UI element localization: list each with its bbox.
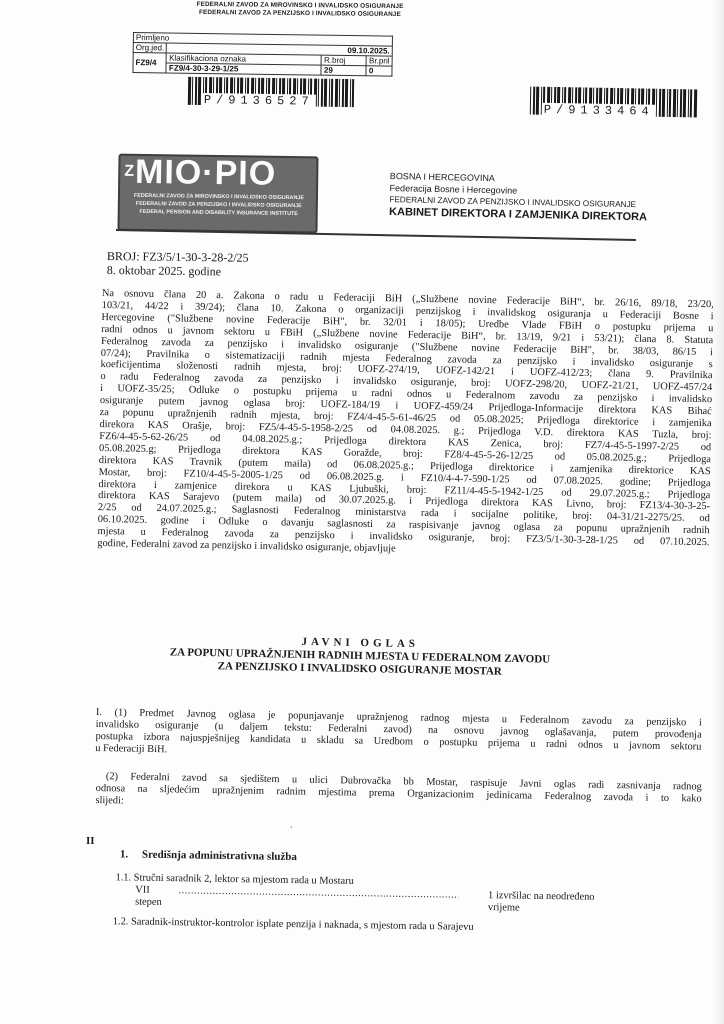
logo-prefix: Z: [124, 163, 135, 180]
positions-list: 1.Središnja administrativna služba 1.1. …: [99, 848, 620, 936]
stamp-serial: 29: [321, 65, 366, 76]
part-ii-marker: II: [86, 835, 95, 847]
legal-basis-paragraph: Na osnovu člana 20 a. Zakona o radu u Fe…: [97, 288, 714, 561]
scan-edge-shadow: [712, 0, 724, 1024]
logo-subtitle: FEDERALNI ZAVOD ZA MIROVINSKO I INVALIDS…: [126, 192, 312, 219]
receipt-stamp-table: Primljeno Org.jed. 09.10.2025. FZ9/4 Kla…: [132, 32, 392, 77]
institution-logo: ZMIO·PIO FEDERALNI ZAVOD ZA MIROVINSKO I…: [117, 154, 318, 234]
stamp-org-unit: FZ9/4: [133, 53, 167, 73]
stamp-attachments: 0: [366, 66, 392, 76]
position-degree: VII stepen: [135, 885, 176, 910]
barcode-number: P/9136527: [202, 93, 316, 109]
stamp-org-unit-label: Org.jed.: [133, 43, 167, 53]
unit-number: 1.: [120, 848, 142, 860]
unit-name: Središnja administrativna služba: [142, 849, 297, 863]
barcode: P/9136527: [188, 77, 356, 107]
barcode-number: P/9133464: [542, 103, 656, 119]
barcode: P/9133464: [530, 87, 698, 118]
stamp-serial-label: R.broj: [322, 55, 367, 66]
logo-wordmark: MIO·PIO: [135, 153, 277, 193]
reference-date: 8. oktobar 2025. godine: [107, 263, 249, 279]
position-title: 1.2. Saradnik-instruktor-kontrolor ispla…: [113, 916, 619, 936]
position-quantity: 1 izvršilac na neodređeno vrijeme: [488, 890, 620, 916]
logo-line: FEDERAL PENSION AND DISABILITY INSURANCE…: [126, 208, 312, 219]
section-2-paragraph: (2) Federalni zavod sa sjedištem u ulici…: [95, 771, 702, 817]
document-page: FEDERALNI ZAVOD ZA MIROVINSKO I INVALIDS…: [0, 0, 724, 1024]
stray-mark: ·: [290, 823, 293, 832]
header-divider: [116, 229, 636, 241]
document-reference: BROJ: FZ3/5/1-30-3-28-2/25 8. oktobar 20…: [107, 249, 249, 279]
institution-header: BOSNA I HERCEGOVINA Federacija Bosne i H…: [389, 170, 648, 224]
announcement-title: JAVNI OGLAS ZA POPUNU UPRAŽNJENIH RADNIH…: [140, 633, 581, 680]
unit-heading: 1.Središnja administrativna služba: [120, 848, 620, 868]
logo-title: ZMIO·PIO: [124, 152, 276, 194]
position-leader-dots: ........................................…: [178, 885, 458, 913]
stamp-attachments-label: Br.pril: [367, 56, 393, 66]
receipt-stamp-header: FEDERALNI ZAVOD ZA MIROVINSKO I INVALIDS…: [150, 0, 450, 19]
section-1-paragraph: I. (1) Predmet Javnog oglasa je popunjav…: [95, 707, 702, 765]
stamp-classification: FZ9/4-30-3-29-1/25: [166, 63, 321, 75]
